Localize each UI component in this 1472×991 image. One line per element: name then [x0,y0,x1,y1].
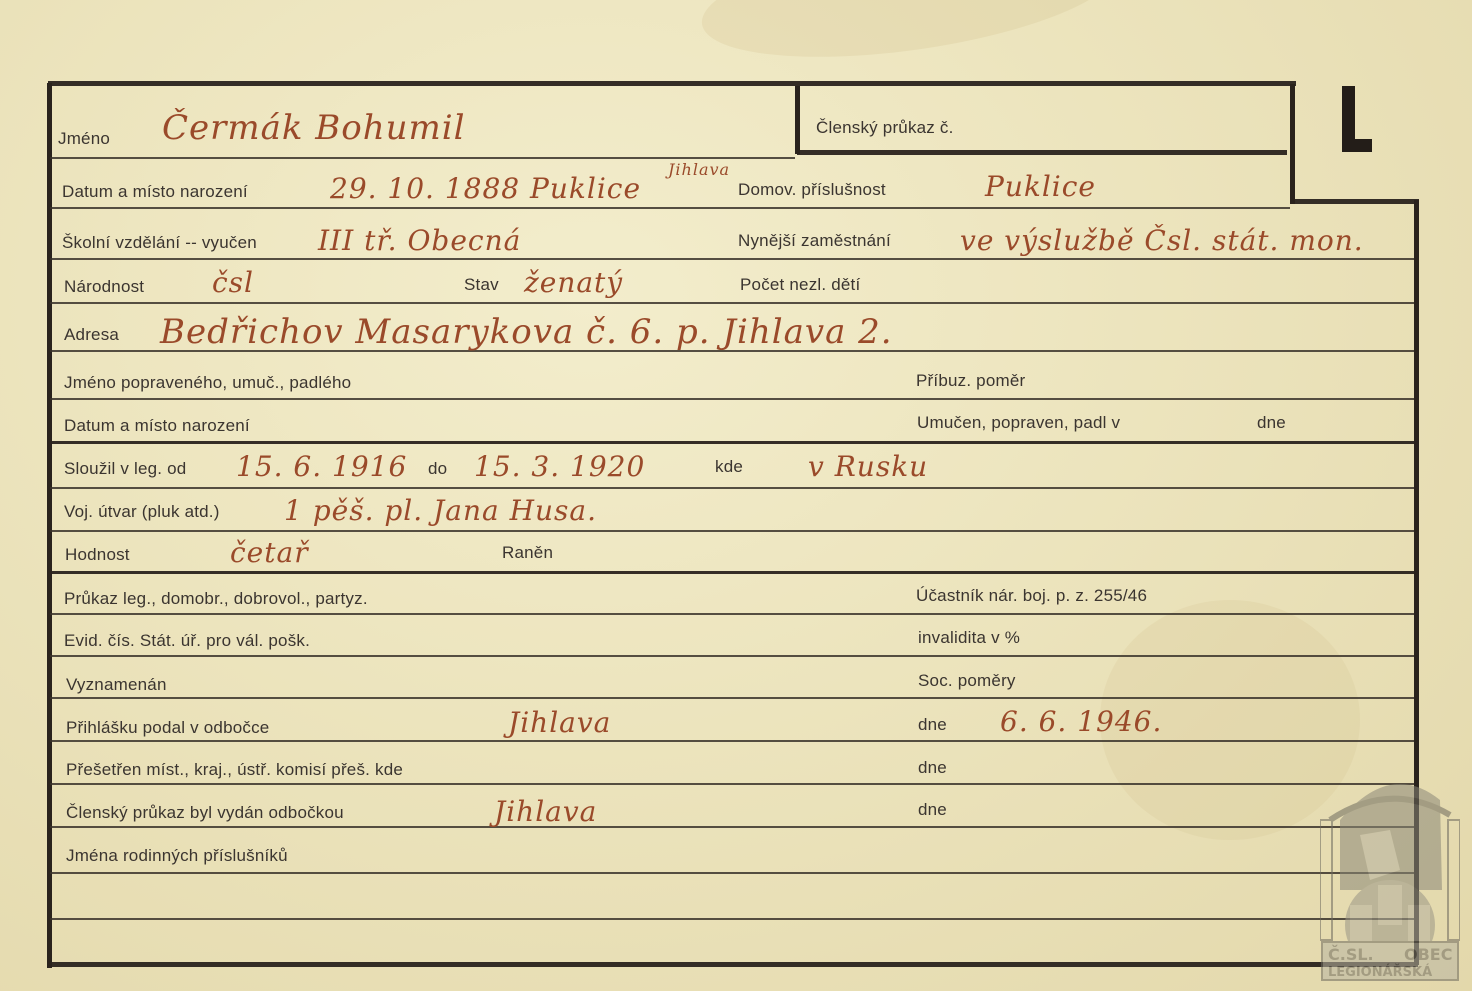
education-label: Školní vzdělání -- vyučen [62,233,257,253]
reviewed-date-label: dne [918,758,947,778]
occupation-value: ve výslužbě Čsl. stát. mon. [960,224,1364,257]
occupation-label: Nynější zaměstnání [738,231,891,251]
served-to-label: do [428,459,447,479]
children-label: Počet nezl. dětí [740,275,860,295]
birth-value: 29. 10. 1888 Puklice [330,172,641,205]
frame-step-horizontal [1293,199,1419,204]
family-names-label: Jména rodinných příslušníků [66,846,288,866]
evid-label: Evid. čís. Stát. úř. pro vál. pošk. [64,631,310,651]
relation-label: Příbuz. poměr [916,371,1025,391]
killed-date-label: dne [1257,413,1286,433]
served-where-label: kde [715,457,743,477]
marital-status-label: Stav [464,275,499,295]
killed-in-label: Umučen, popraven, padl v [917,413,1120,433]
birth-annotation: Jihlava [668,160,730,179]
birth-label: Datum a místo narození [62,182,248,202]
unit-value: 1 pěš. pl. Jana Husa. [284,494,597,527]
address-label: Adresa [64,325,119,345]
svg-text:OBEC: OBEC [1404,945,1452,964]
application-date-label: dne [918,715,947,735]
svg-text:Č.SL.: Č.SL. [1328,945,1374,964]
category-letter-L [1342,86,1372,152]
rank-label: Hodnost [65,545,130,565]
membership-card-label: Členský průkaz č. [816,118,954,138]
served-from-label: Sloužil v leg. od [64,459,186,479]
frame-step-vertical [1290,84,1295,204]
card-box-left [795,86,800,154]
served-to-value: 15. 3. 1920 [474,450,645,483]
invalidity-label: invalidita v % [918,628,1020,648]
wounded-label: Raněn [502,543,553,563]
application-date-value: 6. 6. 1946. [1000,705,1162,738]
executed-name-label: Jméno popraveného, umuč., padlého [64,373,351,393]
education-value: III tř. Obecná [318,224,521,257]
frame-top [48,81,1296,86]
legion-logo-watermark: Č.SL. OBEC LEGIONÁŘSKÁ [1320,760,1460,982]
name-label: Jméno [58,129,110,149]
domicile-value: Puklice [985,170,1096,203]
executed-birth-label: Datum a místo narození [64,416,250,436]
served-where-value: v Rusku [808,450,928,483]
domicile-label: Domov. příslušnost [738,180,886,200]
nationality-value: čsl [212,266,254,299]
social-label: Soc. poměry [918,671,1016,691]
served-from-value: 15. 6. 1916 [236,450,407,483]
rank-value: četař [230,536,309,569]
card-issued-date-label: dne [918,800,947,820]
card-issued-label: Členský průkaz byl vydán odbočkou [66,803,344,823]
application-branch-label: Přihlášku podal v odbočce [66,718,269,738]
application-branch-value: Jihlava [508,706,611,739]
legionnaire-record-card: Členský průkaz č. Jméno Čermák Bohumil D… [0,0,1472,991]
reviewed-label: Přešetřen míst., kraj., ústř. komisí pře… [66,760,403,780]
marital-status-value: ženatý [524,266,623,299]
unit-label: Voj. útvar (pluk atd.) [64,502,220,522]
name-value: Čermák Bohumil [162,108,466,148]
card-box-bottom [797,150,1287,155]
nationality-label: Národnost [64,277,144,297]
frame-bottom [48,962,1418,967]
frame-left [47,83,52,968]
id-card-label: Průkaz leg., domobr., dobrovol., partyz. [64,589,368,609]
svg-text:LEGIONÁŘSKÁ: LEGIONÁŘSKÁ [1328,964,1432,980]
address-value: Bedřichov Masarykova č. 6. p. Jihlava 2. [160,312,893,352]
decorated-label: Vyznamenán [66,675,167,695]
card-issued-value: Jihlava [494,795,597,828]
fighter-label: Účastník nár. boj. p. z. 255/46 [916,586,1147,606]
